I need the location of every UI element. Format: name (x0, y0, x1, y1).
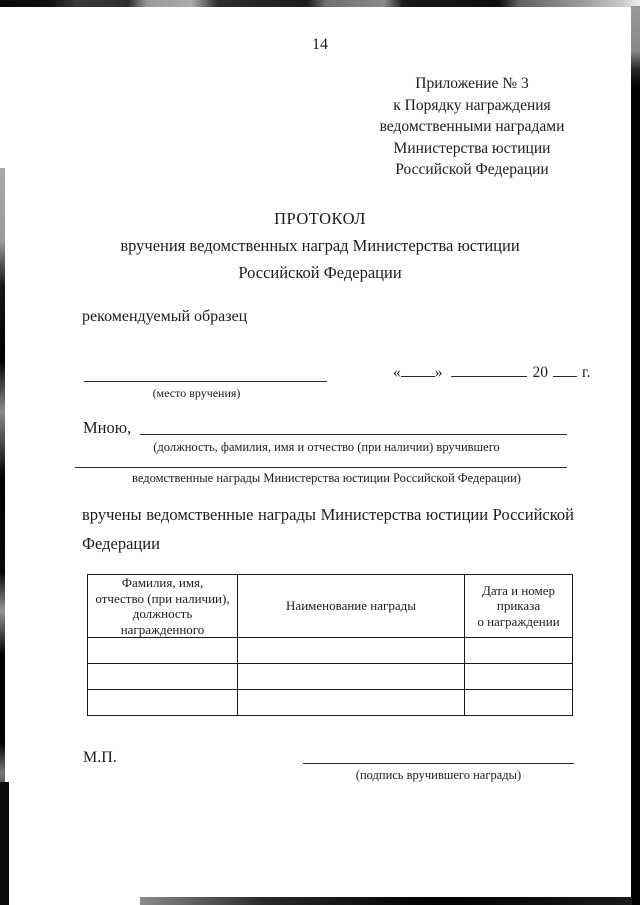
table-header-award-name: Наименование награды (238, 575, 465, 638)
recommended-sample-note: рекомендуемый образец (82, 308, 247, 326)
header-line: приказа (468, 598, 569, 614)
table-cell (88, 664, 238, 690)
stamp-place-label: М.П. (83, 749, 117, 767)
date-close-quote: » (435, 364, 443, 381)
header-line: отчество (при наличии), (91, 591, 234, 607)
table-cell (88, 638, 238, 664)
table-cell (465, 638, 573, 664)
signature-blank-field (303, 747, 574, 764)
date-month-blank-field (451, 361, 527, 377)
scan-artifact-right-edge (631, 6, 640, 905)
table-row (88, 690, 573, 716)
table-cell (238, 638, 465, 664)
table-row (88, 638, 573, 664)
document-page: 14 Приложение № 3 к Порядку награждения … (0, 0, 640, 905)
place-of-presentation-blank-field (84, 364, 327, 382)
table-row (88, 664, 573, 690)
header-line: о награждении (468, 614, 569, 630)
awarded-statement: вручены ведомственные награды Министерст… (82, 500, 574, 558)
appendix-line: Приложение № 3 (357, 73, 587, 95)
signature-caption: (подпись вручившего награды) (303, 768, 574, 783)
table-header-recipient: Фамилия, имя, отчество (при наличии), до… (88, 575, 238, 638)
awards-table: Фамилия, имя, отчество (при наличии), до… (87, 574, 573, 716)
presenter-name-blank-field (140, 418, 567, 435)
title-line: Российской Федерации (0, 259, 640, 286)
document-title: ПРОТОКОЛ вручения ведомственных наград М… (0, 205, 640, 286)
table-cell (465, 664, 573, 690)
presenter-name-blank-field-continued (75, 452, 567, 468)
date-year-blank-field (553, 361, 577, 377)
appendix-line: ведомственными наградами (357, 116, 587, 138)
table-cell (88, 690, 238, 716)
appendix-line: к Порядку награждения (357, 95, 587, 117)
awarded-statement-line: Федерации (82, 529, 574, 558)
page-number: 14 (0, 36, 640, 54)
presenter-caption-line2: ведомственные награды Министерства юстиц… (83, 471, 570, 486)
title-line: вручения ведомственных наград Министерст… (0, 232, 640, 259)
appendix-line: Российской Федерации (357, 159, 587, 181)
title-line: ПРОТОКОЛ (0, 205, 640, 232)
table-header-row: Фамилия, имя, отчество (при наличии), до… (88, 575, 573, 638)
scan-artifact-left-bottom-corner (0, 782, 9, 905)
appendix-line: Министерства юстиции (357, 138, 587, 160)
scan-artifact-top-edge (0, 0, 640, 7)
table-header-order-date-number: Дата и номер приказа о награждении (465, 575, 573, 638)
table-cell (238, 690, 465, 716)
date-year-prefix: 20 (533, 364, 549, 381)
table-cell (465, 690, 573, 716)
scan-artifact-bottom-edge (140, 897, 632, 905)
date-field: «»20г. (393, 361, 590, 382)
header-line: должность награжденного (91, 606, 234, 637)
awarded-statement-line: вручены ведомственные награды Министерст… (82, 500, 574, 529)
header-line: Фамилия, имя, (91, 575, 234, 591)
place-caption: (место вручения) (84, 386, 309, 401)
date-year-suffix: г. (582, 364, 590, 381)
appendix-block: Приложение № 3 к Порядку награждения вед… (357, 73, 587, 181)
date-open-quote: « (393, 364, 401, 381)
header-line: Дата и номер (468, 583, 569, 599)
by-me-label: Мною, (83, 418, 131, 438)
table-cell (238, 664, 465, 690)
date-day-blank-field (401, 361, 435, 377)
header-line: Наименование награды (241, 598, 461, 614)
